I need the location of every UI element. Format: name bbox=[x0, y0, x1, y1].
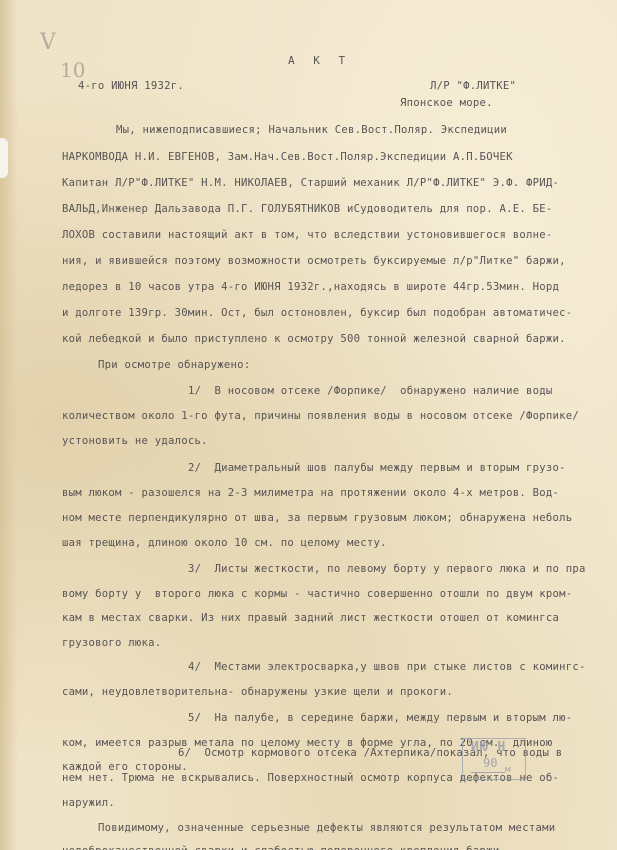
text-line: 4/ Местами электросварка,у швов при стык… bbox=[188, 661, 586, 673]
text-line: ном месте перпендикулярно от шва, за пер… bbox=[62, 512, 572, 524]
document-location: Японское море. bbox=[400, 97, 493, 109]
document-date: 4-го ИЮНЯ 1932г. bbox=[78, 80, 184, 92]
text-line: недоброкачественной сварки и слабостью п… bbox=[62, 845, 506, 850]
text-line: вому борту у второго люка с кормы - част… bbox=[62, 588, 572, 600]
stamp-rule bbox=[471, 772, 505, 773]
paper-edge bbox=[0, 0, 18, 850]
text-line: ледорез в 10 часов утра 4-го ИЮНЯ 1932г.… bbox=[62, 281, 559, 293]
stamp-number: 90 bbox=[483, 756, 497, 770]
text-line: грузового люка. bbox=[62, 637, 161, 649]
text-line: 1/ В носовом отсеке /Форпике/ обнаружено… bbox=[188, 385, 553, 397]
stamp-letter: м bbox=[505, 765, 510, 775]
text-line: Повидимому, означенные серьезные дефекты… bbox=[98, 822, 555, 834]
archive-stamp: ИЮ Н 90 м bbox=[462, 738, 526, 780]
text-line: ния, и явившейся поэтому возможности осм… bbox=[62, 255, 566, 267]
text-line: 3/ Листы жесткости, по левому борту у пе… bbox=[188, 563, 586, 575]
paper-tear bbox=[0, 138, 8, 178]
text-line: кой лебедкой и было приступлено к осмотр… bbox=[62, 333, 566, 345]
text-line: 5/ На палубе, в середине баржи, между пе… bbox=[188, 712, 572, 724]
text-line: ЛОХОВ составили настоящий акт в том, что… bbox=[62, 229, 552, 241]
text-line: При осмотре обнаружено: bbox=[98, 359, 250, 371]
vessel-name: Л/Р "Ф.ЛИТКЕ" bbox=[430, 80, 516, 92]
text-line: кам в местах сварки. Из них правый задни… bbox=[62, 612, 559, 624]
text-line: сами, неудовлетворительна- обнаружены уз… bbox=[62, 686, 453, 698]
text-line: и долготе 139гр. 30мин. Ост, был остонов… bbox=[62, 307, 572, 319]
text-line: Мы, нижеподписавшиеся; Начальник Сев.Вос… bbox=[116, 124, 507, 136]
text-line: НАРКОМВОДА Н.И. ЕВГЕНОВ, Зам.Нач.Сев.Вос… bbox=[62, 151, 513, 163]
text-line: ВАЛЬД,Инженер Дальзавода П.Г. ГОЛУБЯТНИК… bbox=[62, 203, 552, 215]
text-line: вым люком - разошелся на 2-3 милиметра н… bbox=[62, 487, 559, 499]
pencil-mark-number: 10 bbox=[60, 58, 85, 82]
text-line: количеством около 1-го фута, причины поя… bbox=[62, 410, 579, 422]
text-line: наружил. bbox=[62, 797, 115, 809]
text-line: шая трещина, длиною около 10 см. по цело… bbox=[62, 537, 387, 549]
text-line: устоновить не удалось. bbox=[62, 435, 208, 447]
text-line: Капитан Л/Р"Ф.ЛИТКЕ" Н.М. НИКОЛАЕВ, Стар… bbox=[62, 177, 559, 189]
pencil-mark: V bbox=[40, 30, 56, 55]
text-line: 2/ Диаметральный шов палубы между первым… bbox=[188, 462, 566, 474]
stamp-text: ИЮ Н bbox=[471, 740, 506, 755]
document-title: А К Т bbox=[288, 54, 351, 67]
